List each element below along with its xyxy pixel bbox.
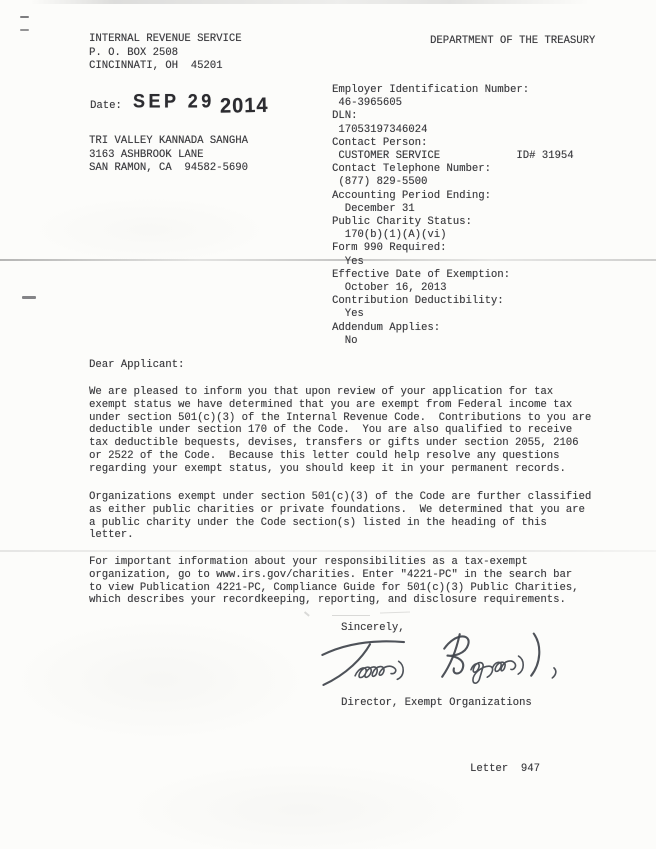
- body-paragraph: For important information about your res…: [89, 556, 579, 607]
- date-stamp: SEP 292014: [133, 90, 268, 113]
- paper-fold-line: [0, 550, 656, 552]
- scanned-letter-page: INTERNAL REVENUE SERVICE P. O. BOX 2508 …: [0, 0, 656, 849]
- scan-mark-dash: [22, 296, 36, 299]
- handwritten-signature: [307, 623, 564, 692]
- exemption-info-column: Employer Identification Number: 46-39656…: [332, 84, 574, 348]
- scan-mark-dash: [20, 29, 29, 31]
- date-stamp-year: 2014: [220, 94, 269, 119]
- pencil-smudge: [332, 612, 422, 618]
- recipient-address: TRI VALLEY KANNADA SANGHA 3163 ASHBROOK …: [89, 135, 248, 176]
- salutation: Dear Applicant:: [89, 359, 184, 371]
- body-paragraph: Organizations exempt under section 501(c…: [89, 491, 591, 542]
- letter-number: Letter 947: [470, 763, 540, 775]
- signer-title: Director, Exempt Organizations: [341, 697, 532, 709]
- date-stamp-month-day: SEP 29: [133, 90, 215, 112]
- scan-mark-dash: [20, 16, 29, 18]
- department-name: DEPARTMENT OF THE TREASURY: [430, 35, 595, 47]
- date-label: Date:: [90, 100, 122, 112]
- body-paragraph: We are pleased to inform you that upon r…: [89, 386, 591, 475]
- scan-artifact-top-edge: [30, 0, 590, 4]
- sender-address: INTERNAL REVENUE SERVICE P. O. BOX 2508 …: [89, 33, 242, 74]
